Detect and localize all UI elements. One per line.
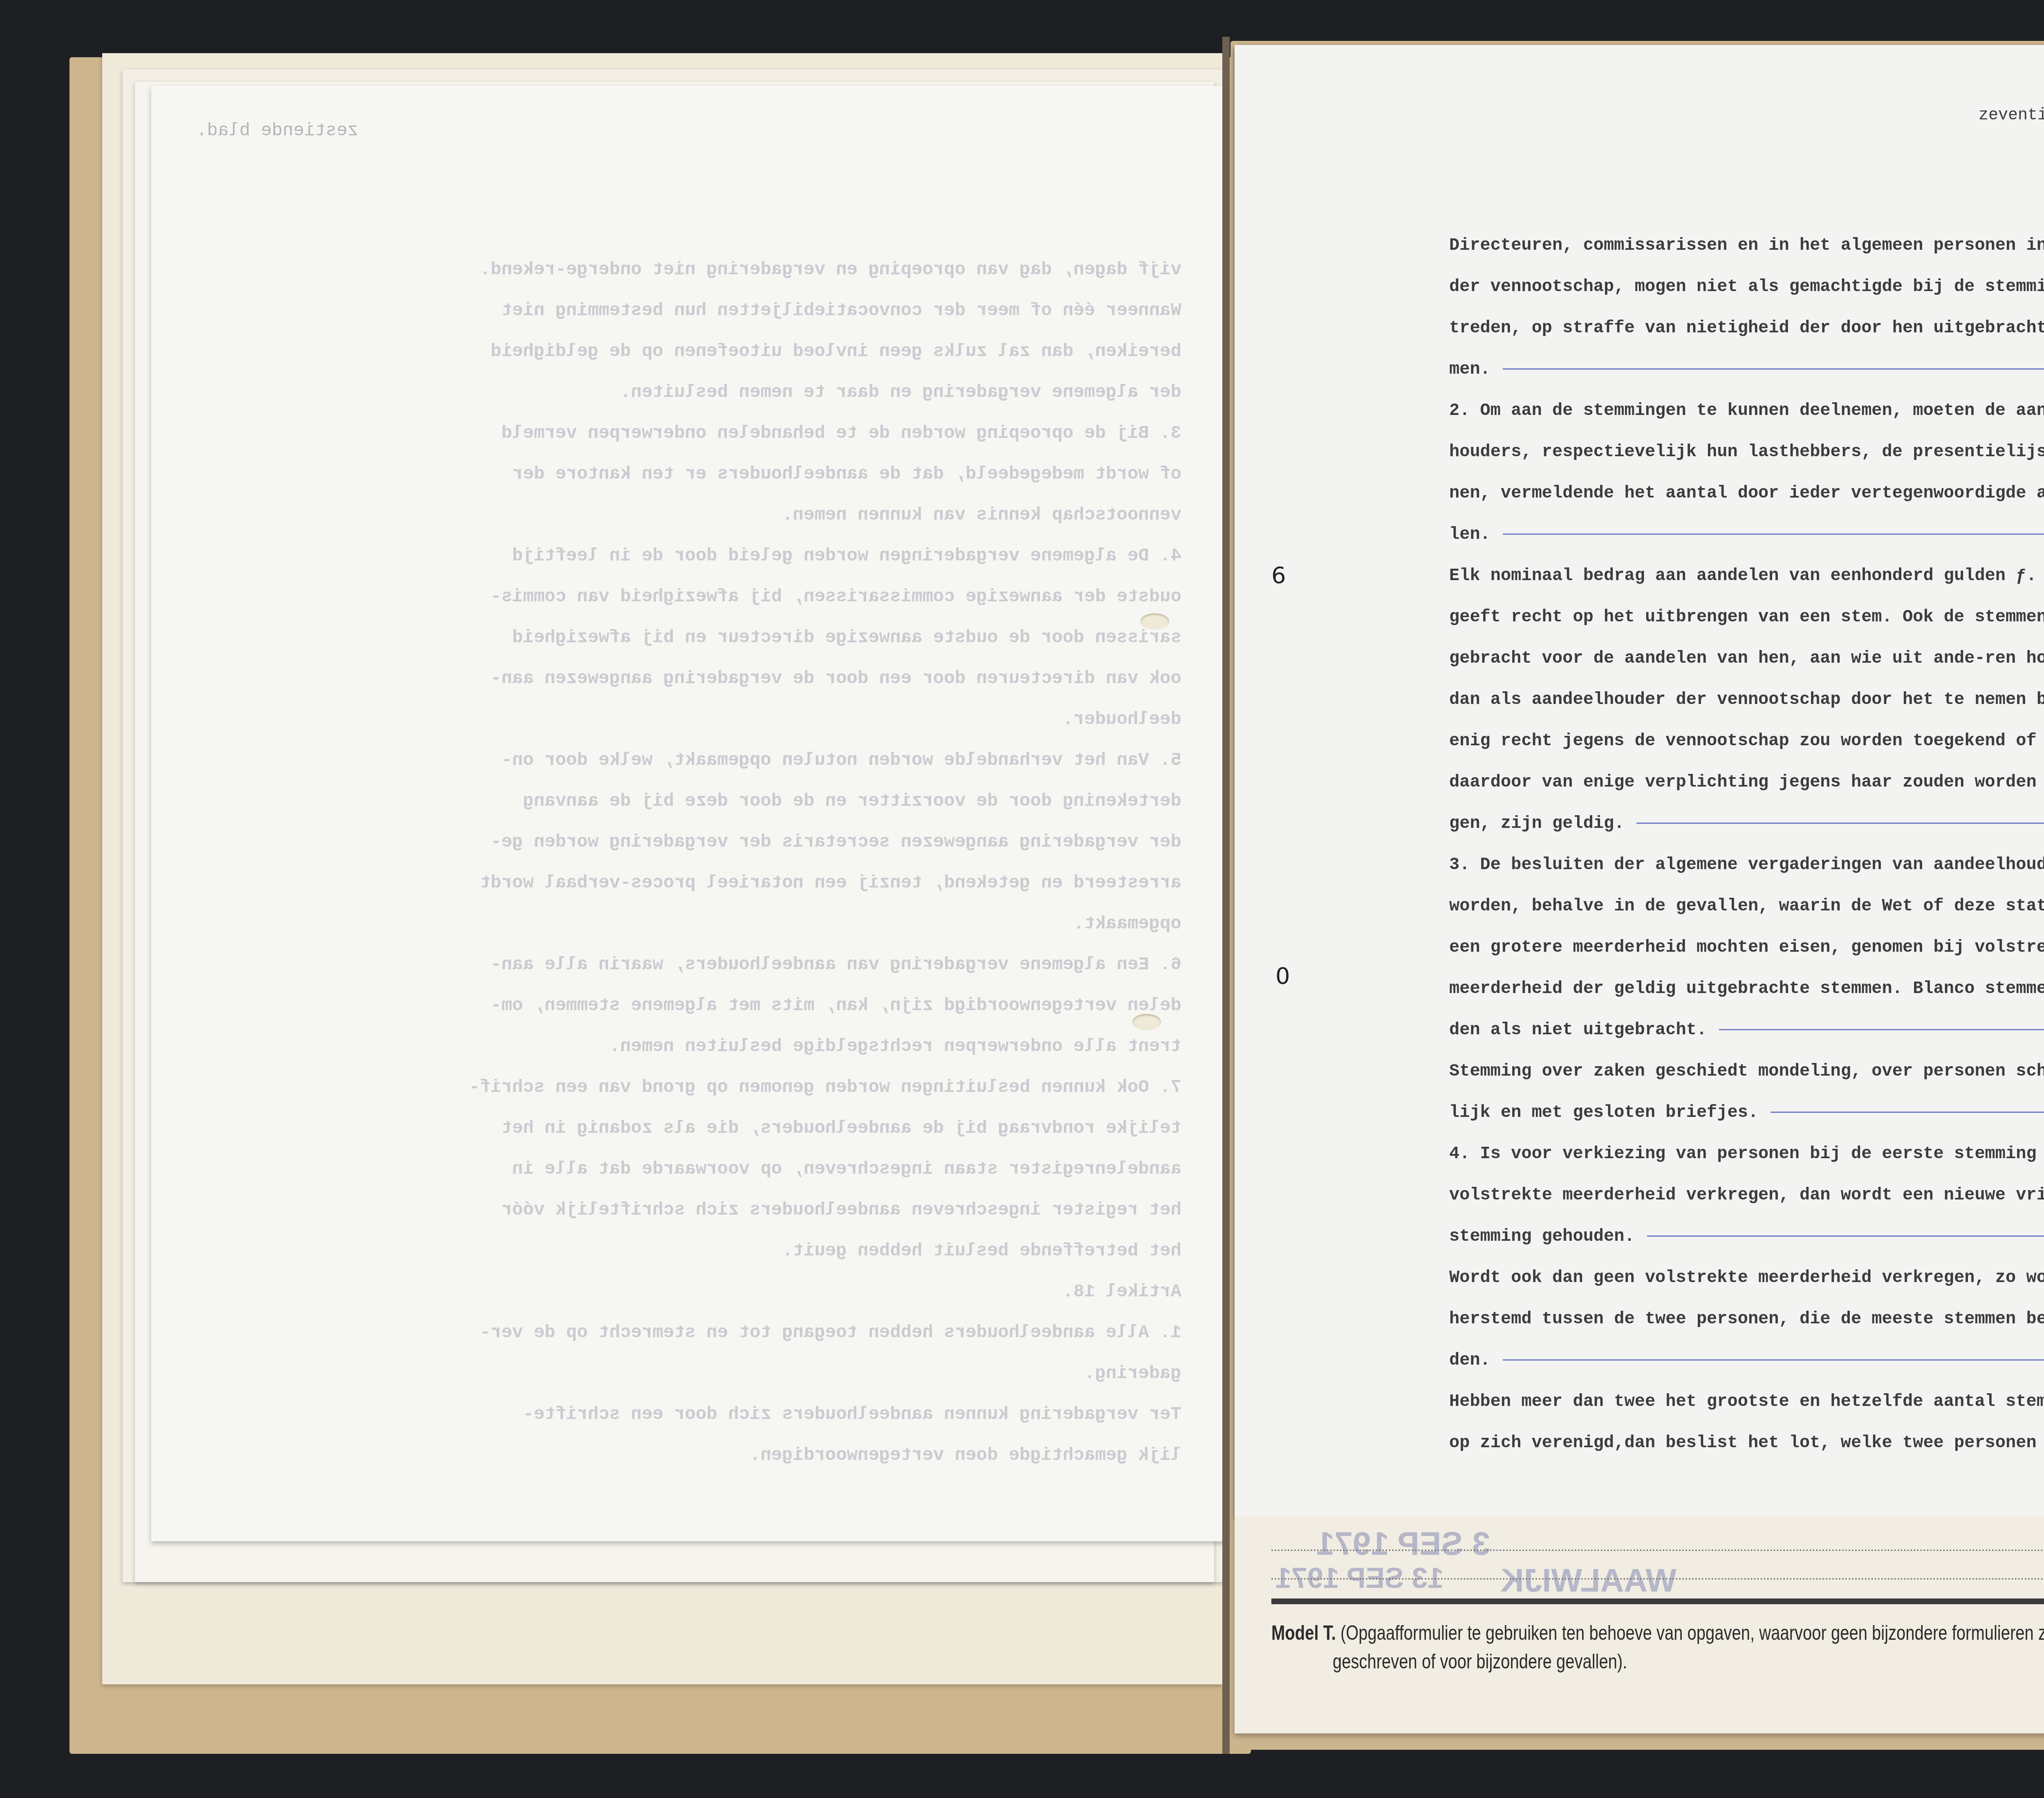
text-line: worden, behalve in de gevallen, waarin d… (1449, 886, 2044, 927)
text-line: lijk en met gesloten briefjes. (1449, 1092, 2044, 1133)
bleed-line: gadering. (188, 1353, 1181, 1394)
text-line: herstemd tussen de twee personen, die de… (1449, 1298, 2044, 1340)
text-line: op zich verenigd,dan beslist het lot, we… (1449, 1422, 2044, 1464)
line-text: gebracht voor de aandelen van hen, aan w… (1449, 648, 2044, 668)
text-line: 2. Om aan de stemmingen te kunnen deelne… (1449, 390, 2044, 431)
line-text: daardoor van enige verplichting jegens h… (1449, 772, 2044, 792)
line-text: treden, op straffe van nietigheid der do… (1449, 318, 2044, 338)
fill-line (1503, 1359, 2044, 1361)
bleed-line: dertekening door de voorzitter en de doo… (188, 781, 1181, 822)
line-text: Hebben meer dan twee het grootste en het… (1449, 1392, 2044, 1411)
fill-line (1771, 1112, 2044, 1113)
fill-line (1647, 1235, 2044, 1237)
line-text: den als niet uitgebracht. (1449, 1020, 1707, 1040)
line-text: nen, vermeldende het aantal door ieder v… (1449, 483, 2044, 503)
hole-annotation: 0 (1275, 963, 1290, 989)
text-line: 3. De besluiten der algemene vergadering… (1449, 844, 2044, 886)
text-line: Hebben meer dan twee het grootste en het… (1449, 1381, 2044, 1422)
hole-annotation: 6 (1271, 562, 1286, 589)
text-line: 4. Is voor verkiezing van personen bij d… (1449, 1133, 2044, 1175)
text-line: daardoor van enige verplichting jegens h… (1449, 762, 2044, 803)
line-text: der vennootschap, mogen niet als gemacht… (1449, 277, 2044, 296)
model-label: Model T. (1271, 1622, 1336, 1645)
text-line: Elk nominaal bedrag aan aandelen van een… (1449, 555, 2044, 596)
binding-spine (1222, 37, 1230, 1754)
bleed-line: bereiken, dan zal zulks geen invloed uit… (188, 331, 1181, 372)
line-text: Stemming over zaken geschiedt mondeling,… (1449, 1061, 2044, 1081)
text-line: gebracht voor de aandelen van hen, aan w… (1449, 638, 2044, 679)
text-line: Stemming over zaken geschiedt mondeling,… (1449, 1051, 2044, 1092)
line-text: den. (1449, 1350, 1490, 1370)
text-line: geeft recht op het uitbrengen van een st… (1449, 596, 2044, 638)
bleed-line: het register ingeschreven aandeelhouders… (188, 1190, 1181, 1231)
bleed-line: het betreffende besluit hebben geuit. (188, 1231, 1181, 1271)
line-text: len. (1449, 525, 1490, 544)
line-text: gen, zijn geldig. (1449, 814, 1624, 833)
place-stamp: WAALWIJK (1500, 1562, 1676, 1599)
line-text: Directeuren, commissarissen en in het al… (1449, 235, 2044, 255)
line-text: 3. De besluiten der algemene vergadering… (1449, 855, 2044, 874)
text-line: meerderheid der geldig uitgebrachte stem… (1449, 968, 2044, 1009)
bleed-line: arresteerd en getekend, tenzij een notar… (188, 863, 1181, 903)
text-line: treden, op straffe van nietigheid der do… (1449, 307, 2044, 349)
bleed-line: 1. Alle aandeelhouders hebben toegang to… (188, 1312, 1181, 1353)
line-text: worden, behalve in de gevallen, waarin d… (1449, 896, 2044, 916)
date-stamp: 3 SEP 1971 (1316, 1525, 1490, 1563)
bleed-line: 7. Ook kunnen besluitingen worden genome… (188, 1067, 1181, 1108)
bleed-line: 3. Bij de oproeping worden de te behande… (188, 413, 1181, 454)
line-text: meerderheid der geldig uitgebrachte stem… (1449, 979, 2044, 998)
bleed-line: Ter vergadering kunnen aandeelhouders zi… (188, 1394, 1181, 1435)
form-rule (1271, 1598, 2044, 1604)
text-line: Wordt ook dan geen volstrekte meerderhei… (1449, 1257, 2044, 1298)
punch-hole (1141, 613, 1169, 630)
fill-line (1503, 368, 2044, 370)
bleed-line: delen vertegenwoordigd zijn, kan, mits m… (188, 985, 1181, 1026)
line-text: op zich verenigd,dan beslist het lot, we… (1449, 1433, 2044, 1453)
text-line: len. (1449, 514, 2044, 555)
bleed-line: Wanneer één of meer der convocatiebiljet… (188, 290, 1181, 331)
fill-line (1636, 823, 2044, 824)
model-note: Model T. (Opgaafformulier te gebruiken t… (1271, 1619, 2044, 1676)
text-line: den als niet uitgebracht. (1449, 1009, 2044, 1051)
bleed-line: 6. Een algemene vergadering van aandeelh… (188, 944, 1181, 985)
text-line: Directeuren, commissarissen en in het al… (1449, 225, 2044, 266)
bleed-line: opgemaakt. (188, 903, 1181, 944)
text-line: stemming gehouden. (1449, 1216, 2044, 1257)
line-text: een grotere meerderheid mochten eisen, g… (1449, 937, 2044, 957)
model-text-continued: geschreven of voor bijzondere gevallen). (1271, 1648, 2044, 1676)
bleed-line: deelhouder. (188, 699, 1181, 740)
bleed-line: ook van directeuren door een door de ver… (188, 658, 1181, 699)
line-text: men. (1449, 359, 1490, 379)
bleed-line: 4. De algemene vergaderingen worden gele… (188, 536, 1181, 576)
text-line: nen, vermeldende het aantal door ieder v… (1449, 473, 2044, 514)
text-line: volstrekte meerderheid verkregen, dan wo… (1449, 1175, 2044, 1216)
bleed-line: vijf dagen, dag van oproeping en vergade… (188, 249, 1181, 290)
dotted-line (1271, 1549, 2044, 1551)
text-line: der vennootschap, mogen niet als gemacht… (1449, 266, 2044, 307)
bleed-line: of wordt medegedeeld, dat de aandeelhoud… (188, 454, 1181, 495)
bleed-line: Artikel 18. (188, 1271, 1181, 1312)
line-text: stemming gehouden. (1449, 1226, 1635, 1246)
line-text: volstrekte meerderheid verkregen, dan wo… (1449, 1185, 2044, 1205)
left-page: zestiende blad. vijf dagen, dag van opro… (151, 86, 1226, 1541)
text-line: den. (1449, 1340, 2044, 1381)
deed-body-text: Directeuren, commissarissen en in het al… (1449, 225, 2044, 1464)
fill-line (1719, 1029, 2044, 1030)
text-line: houders, respectievelijk hun lasthebbers… (1449, 431, 2044, 473)
bleed-line: telijke rondvraag bij de aandeelhouders,… (188, 1108, 1181, 1149)
line-text: Wordt ook dan geen volstrekte meerderhei… (1449, 1268, 2044, 1287)
text-line: een grotere meerderheid mochten eisen, g… (1449, 927, 2044, 968)
punch-hole (1132, 1014, 1161, 1030)
bleed-line: der vergadering aangewezen secretaris de… (188, 822, 1181, 863)
line-text: 2. Om aan de stemmingen te kunnen deelne… (1449, 401, 2044, 420)
bleed-line: trent alle onderwerpen rechtsgeldige bes… (188, 1026, 1181, 1067)
text-line: enig recht jegens de vennootschap zou wo… (1449, 720, 2044, 762)
bleed-line: 5. Van het verhandelde worden notulen op… (188, 740, 1181, 781)
text-line: men. (1449, 349, 2044, 390)
line-text: Elk nominaal bedrag aan aandelen van een… (1449, 566, 2044, 585)
line-text: houders, respectievelijk hun lasthebbers… (1449, 442, 2044, 462)
left-page-bleed-through-text: vijf dagen, dag van oproeping en vergade… (188, 249, 1181, 1476)
line-text: herstemd tussen de twee personen, die de… (1449, 1309, 2044, 1329)
bleed-line: oudste der aanwezige commissarissen, bij… (188, 576, 1181, 617)
text-line: gen, zijn geldig. (1449, 803, 2044, 844)
line-text: 4. Is voor verkiezing van personen bij d… (1449, 1144, 2044, 1164)
bleed-line: lijk gemachtigde doen vertegenwoordigen. (188, 1435, 1181, 1476)
bleed-line: der algemene vergadering en daar te neme… (188, 372, 1181, 413)
line-text: lijk en met gesloten briefjes. (1449, 1103, 1758, 1122)
dotted-line (1271, 1578, 2044, 1580)
text-line: dan als aandeelhouder der vennootschap d… (1449, 679, 2044, 720)
bleed-line: aandelenregister staan ingeschreven, op … (188, 1149, 1181, 1190)
bleed-line: sarissen door de oudste aanwezige direct… (188, 617, 1181, 658)
form-footer: 3 SEP 1971 WAALWIJK 13 SEP 1971 Model T.… (1235, 1517, 2044, 1733)
line-text: geeft recht op het uitbrengen van een st… (1449, 607, 2044, 627)
bleed-line: vennootschap kennis van kunnen nemen. (188, 495, 1181, 536)
line-text: dan als aandeelhouder der vennootschap d… (1449, 690, 2044, 709)
model-text: (Opgaafformulier te gebruiken ten behoev… (1340, 1622, 2044, 1645)
left-page-header-mirrored: zestiende blad. (196, 121, 358, 141)
page-header: zeventiende blad. (1979, 106, 2044, 125)
right-page: zeventiende blad. 6 0 Directeuren, commi… (1235, 45, 2044, 1517)
fill-line (1503, 534, 2044, 535)
line-text: enig recht jegens de vennootschap zou wo… (1449, 731, 2044, 751)
